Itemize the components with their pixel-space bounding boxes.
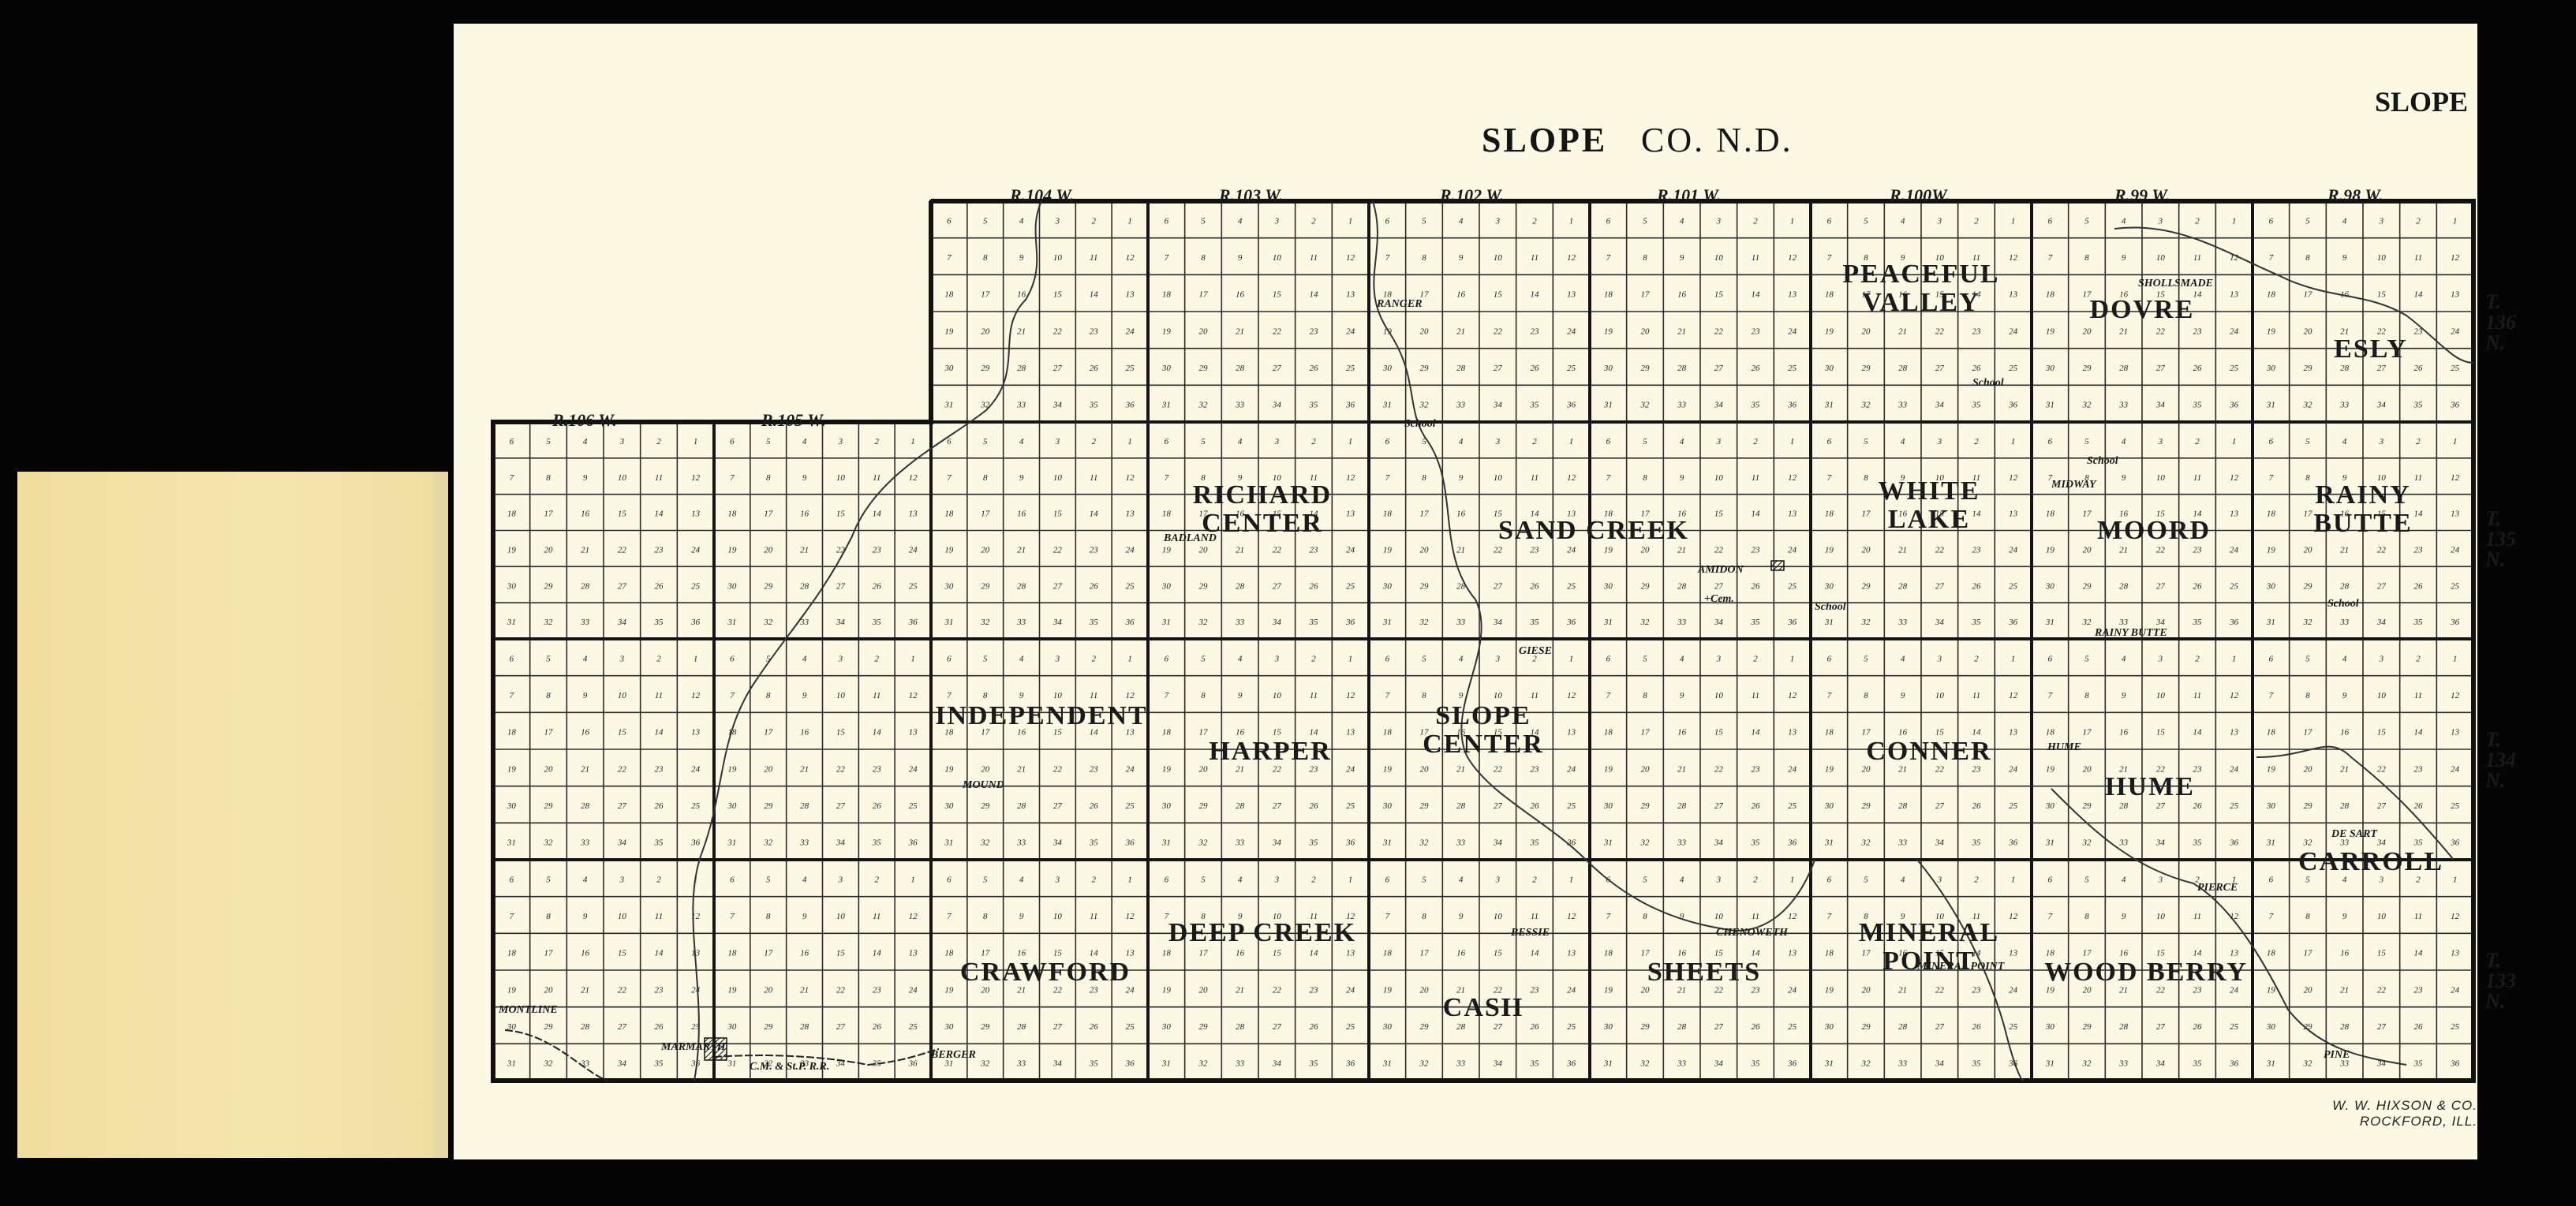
- svg-text:30: 30: [1382, 581, 1393, 591]
- svg-text:25: 25: [2230, 364, 2239, 373]
- svg-text:34: 34: [2376, 838, 2387, 848]
- svg-text:12: 12: [2451, 473, 2460, 483]
- svg-text:12: 12: [2230, 473, 2239, 483]
- svg-text:8: 8: [546, 912, 551, 921]
- svg-text:10: 10: [1053, 912, 1063, 921]
- svg-text:26: 26: [1310, 1022, 1319, 1032]
- svg-text:26: 26: [2193, 1022, 2203, 1032]
- svg-text:14: 14: [873, 728, 882, 737]
- svg-text:32: 32: [2303, 1059, 2313, 1069]
- svg-text:29: 29: [544, 801, 554, 811]
- svg-text:9: 9: [1238, 253, 1243, 263]
- svg-text:26: 26: [1090, 1022, 1099, 1032]
- svg-text:3: 3: [619, 875, 625, 884]
- svg-text:20: 20: [764, 985, 773, 995]
- svg-text:31: 31: [1824, 1059, 1834, 1069]
- svg-text:25: 25: [1346, 581, 1355, 591]
- svg-text:20: 20: [2304, 764, 2313, 774]
- svg-text:9: 9: [583, 473, 588, 483]
- svg-text:5: 5: [1864, 875, 1868, 884]
- svg-text:14: 14: [1972, 728, 1982, 737]
- svg-text:22: 22: [1714, 327, 1724, 336]
- svg-text:2: 2: [1092, 437, 1097, 446]
- svg-text:23: 23: [1310, 545, 1319, 554]
- svg-text:11: 11: [2193, 473, 2201, 483]
- svg-text:26: 26: [873, 801, 882, 811]
- svg-text:3: 3: [1716, 216, 1722, 226]
- svg-text:10: 10: [836, 473, 846, 483]
- svg-text:18: 18: [727, 949, 737, 958]
- svg-text:35: 35: [2193, 401, 2203, 410]
- svg-text:31: 31: [2266, 1059, 2275, 1069]
- svg-text:14: 14: [873, 949, 882, 958]
- svg-text:5: 5: [1201, 654, 1206, 663]
- svg-text:12: 12: [2230, 691, 2239, 700]
- place-name: +Cem.: [1704, 593, 1734, 606]
- svg-text:35: 35: [1972, 401, 1982, 410]
- svg-text:36: 36: [2229, 401, 2239, 410]
- svg-text:33: 33: [2118, 618, 2129, 627]
- svg-text:4: 4: [1680, 216, 1684, 226]
- svg-text:18: 18: [1162, 290, 1172, 300]
- svg-text:24: 24: [1788, 985, 1797, 995]
- svg-text:32: 32: [544, 618, 554, 627]
- svg-text:6: 6: [510, 875, 514, 884]
- svg-text:33: 33: [1456, 1059, 1466, 1069]
- place-name: MARMARTH: [661, 1041, 726, 1054]
- svg-text:5: 5: [2084, 654, 2089, 663]
- svg-text:22: 22: [1935, 985, 1945, 995]
- place-name: MIDWAY: [2051, 479, 2096, 491]
- svg-text:36: 36: [908, 1059, 918, 1069]
- svg-text:6: 6: [947, 654, 952, 663]
- svg-text:12: 12: [1567, 691, 1576, 700]
- svg-text:33: 33: [1897, 401, 1908, 410]
- svg-text:33: 33: [2118, 1059, 2129, 1069]
- place-name: MOUND: [963, 779, 1004, 792]
- svg-text:7: 7: [730, 691, 735, 700]
- svg-text:36: 36: [2450, 401, 2460, 410]
- svg-text:34: 34: [2155, 1059, 2166, 1069]
- svg-text:22: 22: [1053, 545, 1063, 554]
- svg-text:14: 14: [1090, 949, 1099, 958]
- svg-text:17: 17: [1199, 290, 1209, 300]
- svg-text:3: 3: [1937, 216, 1942, 226]
- svg-text:20: 20: [1199, 545, 1209, 554]
- svg-text:19: 19: [1604, 764, 1613, 774]
- svg-text:29: 29: [1420, 801, 1430, 811]
- svg-text:19: 19: [1825, 545, 1834, 554]
- svg-text:13: 13: [1567, 949, 1576, 958]
- svg-text:17: 17: [1420, 949, 1430, 958]
- svg-text:22: 22: [1053, 985, 1063, 995]
- svg-text:34: 34: [2155, 618, 2166, 627]
- svg-text:4: 4: [1238, 437, 1243, 446]
- svg-text:23: 23: [1531, 764, 1540, 774]
- svg-text:11: 11: [2193, 691, 2201, 700]
- svg-text:21: 21: [1456, 327, 1465, 336]
- svg-text:11: 11: [873, 473, 880, 483]
- svg-text:4: 4: [1019, 216, 1024, 226]
- svg-text:32: 32: [1419, 1059, 1430, 1069]
- svg-text:6: 6: [947, 216, 952, 226]
- svg-text:7: 7: [1385, 473, 1390, 483]
- svg-text:16: 16: [1236, 949, 1245, 958]
- svg-text:21: 21: [1017, 545, 1026, 554]
- svg-text:13: 13: [1567, 728, 1576, 737]
- svg-text:33: 33: [1235, 618, 1245, 627]
- svg-text:8: 8: [1201, 253, 1206, 263]
- svg-text:16: 16: [2119, 949, 2129, 958]
- svg-text:34: 34: [1272, 401, 1282, 410]
- svg-text:10: 10: [618, 691, 627, 700]
- svg-text:21: 21: [1677, 545, 1686, 554]
- svg-text:19: 19: [944, 327, 954, 336]
- svg-text:1: 1: [2011, 216, 2016, 226]
- svg-text:18: 18: [1825, 728, 1834, 737]
- svg-text:22: 22: [2377, 764, 2387, 774]
- svg-text:24: 24: [1567, 545, 1576, 554]
- svg-text:29: 29: [981, 1022, 990, 1032]
- svg-text:13: 13: [1346, 949, 1355, 958]
- svg-text:31: 31: [1603, 401, 1613, 410]
- range-label: R.103 W.: [1219, 185, 1284, 206]
- svg-text:2: 2: [2195, 216, 2200, 226]
- svg-text:7: 7: [1385, 253, 1390, 263]
- svg-text:34: 34: [1714, 618, 1724, 627]
- svg-text:12: 12: [2009, 253, 2018, 263]
- svg-text:12: 12: [909, 473, 918, 483]
- svg-text:7: 7: [2048, 253, 2053, 263]
- svg-text:2: 2: [2416, 654, 2421, 663]
- svg-text:3: 3: [1495, 654, 1501, 663]
- svg-text:5: 5: [1201, 875, 1206, 884]
- svg-text:11: 11: [1090, 253, 1097, 263]
- svg-text:35: 35: [2413, 401, 2424, 410]
- svg-text:34: 34: [1714, 1059, 1724, 1069]
- svg-text:23: 23: [1972, 545, 1982, 554]
- svg-text:5: 5: [1643, 437, 1647, 446]
- svg-text:22: 22: [1935, 327, 1945, 336]
- svg-text:30: 30: [2266, 801, 2276, 811]
- svg-text:1: 1: [2453, 654, 2458, 663]
- svg-text:10: 10: [618, 912, 627, 921]
- svg-text:31: 31: [1161, 838, 1171, 848]
- svg-text:28: 28: [1456, 1022, 1466, 1032]
- svg-text:23: 23: [2414, 764, 2424, 774]
- svg-text:4: 4: [1901, 654, 1905, 663]
- svg-text:36: 36: [690, 618, 701, 627]
- svg-text:29: 29: [2083, 364, 2092, 373]
- svg-text:2: 2: [1532, 216, 1537, 226]
- civil-township-name: RICHARDCENTER: [1193, 481, 1332, 538]
- svg-text:18: 18: [1604, 290, 1613, 300]
- svg-text:25: 25: [2451, 581, 2460, 591]
- svg-text:24: 24: [691, 545, 701, 554]
- svg-text:26: 26: [1090, 801, 1099, 811]
- svg-text:25: 25: [909, 801, 918, 811]
- svg-text:36: 36: [1787, 1059, 1797, 1069]
- svg-text:10: 10: [1494, 691, 1503, 700]
- svg-text:9: 9: [1019, 473, 1024, 483]
- svg-text:30: 30: [2045, 581, 2055, 591]
- svg-text:19: 19: [944, 545, 954, 554]
- svg-text:21: 21: [2340, 764, 2349, 774]
- svg-text:8: 8: [983, 691, 988, 700]
- svg-text:4: 4: [1901, 875, 1905, 884]
- svg-text:11: 11: [873, 691, 880, 700]
- svg-text:15: 15: [618, 728, 627, 737]
- svg-text:24: 24: [1346, 985, 1355, 995]
- svg-text:23: 23: [2414, 985, 2424, 995]
- svg-text:10: 10: [618, 473, 627, 483]
- svg-text:21: 21: [1677, 764, 1686, 774]
- svg-text:1: 1: [1127, 875, 1132, 884]
- svg-text:8: 8: [983, 912, 988, 921]
- svg-text:13: 13: [2009, 510, 2018, 519]
- svg-text:24: 24: [1788, 545, 1797, 554]
- svg-text:3: 3: [1274, 875, 1280, 884]
- svg-text:14: 14: [1752, 510, 1761, 519]
- svg-text:24: 24: [909, 985, 918, 995]
- civil-township-name: DEEP CREEK: [1168, 919, 1356, 947]
- svg-text:31: 31: [2045, 618, 2054, 627]
- svg-text:20: 20: [981, 327, 990, 336]
- svg-text:21: 21: [1898, 764, 1907, 774]
- svg-text:1: 1: [1127, 216, 1132, 226]
- svg-text:28: 28: [1898, 801, 1908, 811]
- svg-text:6: 6: [1165, 437, 1169, 446]
- svg-text:10: 10: [1714, 912, 1724, 921]
- svg-text:36: 36: [908, 618, 918, 627]
- svg-text:2: 2: [2416, 437, 2421, 446]
- svg-text:27: 27: [2377, 801, 2387, 811]
- svg-text:28: 28: [2340, 364, 2350, 373]
- svg-text:34: 34: [2155, 401, 2166, 410]
- svg-text:28: 28: [581, 1022, 590, 1032]
- svg-text:25: 25: [2451, 364, 2460, 373]
- svg-text:11: 11: [2193, 912, 2201, 921]
- svg-text:7: 7: [947, 473, 952, 483]
- svg-text:27: 27: [1935, 1022, 1945, 1032]
- svg-text:23: 23: [655, 545, 664, 554]
- svg-text:4: 4: [2122, 437, 2126, 446]
- range-label: R.105 W.: [761, 410, 826, 431]
- svg-text:33: 33: [1677, 1059, 1687, 1069]
- svg-text:18: 18: [507, 728, 517, 737]
- svg-text:25: 25: [909, 1022, 918, 1032]
- svg-text:19: 19: [1604, 545, 1613, 554]
- svg-text:27: 27: [1494, 581, 1503, 591]
- svg-text:1: 1: [2011, 875, 2016, 884]
- svg-text:36: 36: [2229, 838, 2239, 848]
- svg-text:6: 6: [2269, 216, 2274, 226]
- svg-text:16: 16: [1456, 949, 1466, 958]
- svg-text:28: 28: [1456, 801, 1466, 811]
- svg-text:23: 23: [1531, 545, 1540, 554]
- svg-text:4: 4: [1459, 654, 1464, 663]
- svg-text:7: 7: [1165, 253, 1169, 263]
- svg-text:32: 32: [980, 1059, 990, 1069]
- svg-text:30: 30: [727, 801, 737, 811]
- svg-text:36: 36: [2229, 1059, 2239, 1069]
- svg-text:6: 6: [1165, 216, 1169, 226]
- svg-text:22: 22: [1273, 545, 1282, 554]
- svg-text:28: 28: [1898, 364, 1908, 373]
- svg-text:2: 2: [1311, 216, 1316, 226]
- svg-text:30: 30: [2045, 364, 2055, 373]
- svg-text:5: 5: [1643, 875, 1647, 884]
- svg-text:29: 29: [981, 364, 990, 373]
- svg-text:22: 22: [618, 545, 627, 554]
- svg-text:7: 7: [947, 691, 952, 700]
- svg-text:9: 9: [1680, 253, 1684, 263]
- svg-text:25: 25: [1346, 364, 1355, 373]
- svg-text:1: 1: [1569, 875, 1574, 884]
- svg-text:3: 3: [838, 437, 843, 446]
- svg-text:13: 13: [2451, 949, 2460, 958]
- svg-text:31: 31: [1382, 401, 1392, 410]
- svg-text:8: 8: [2084, 253, 2089, 263]
- svg-text:5: 5: [2084, 875, 2089, 884]
- svg-text:5: 5: [546, 875, 551, 884]
- svg-text:36: 36: [908, 838, 918, 848]
- svg-text:32: 32: [1640, 401, 1651, 410]
- svg-text:1: 1: [1127, 437, 1132, 446]
- svg-text:32: 32: [980, 838, 990, 848]
- svg-text:35: 35: [2413, 838, 2424, 848]
- svg-text:11: 11: [873, 912, 880, 921]
- svg-text:31: 31: [727, 838, 736, 848]
- svg-text:29: 29: [544, 1022, 554, 1032]
- svg-text:31: 31: [1382, 838, 1392, 848]
- svg-text:5: 5: [766, 437, 771, 446]
- svg-text:28: 28: [2119, 801, 2129, 811]
- svg-text:34: 34: [1493, 838, 1503, 848]
- svg-text:32: 32: [1861, 401, 1871, 410]
- svg-text:10: 10: [2377, 912, 2387, 921]
- svg-text:5: 5: [1864, 437, 1868, 446]
- svg-text:36: 36: [1345, 401, 1355, 410]
- svg-text:5: 5: [983, 216, 988, 226]
- svg-text:18: 18: [2267, 290, 2276, 300]
- svg-text:16: 16: [2340, 949, 2350, 958]
- svg-text:26: 26: [873, 1022, 882, 1032]
- svg-text:18: 18: [727, 510, 737, 519]
- svg-text:7: 7: [510, 912, 514, 921]
- svg-text:1: 1: [2453, 216, 2458, 226]
- svg-text:13: 13: [1126, 290, 1135, 300]
- svg-text:31: 31: [1161, 401, 1171, 410]
- svg-text:29: 29: [764, 1022, 773, 1032]
- svg-text:11: 11: [1090, 473, 1097, 483]
- svg-text:34: 34: [617, 618, 627, 627]
- svg-text:25: 25: [1126, 581, 1135, 591]
- svg-text:19: 19: [1604, 327, 1613, 336]
- svg-text:35: 35: [872, 838, 882, 848]
- svg-text:29: 29: [2083, 801, 2092, 811]
- svg-text:20: 20: [544, 764, 554, 774]
- svg-text:26: 26: [1531, 801, 1540, 811]
- svg-text:23: 23: [2414, 545, 2424, 554]
- svg-text:9: 9: [2122, 473, 2126, 483]
- svg-text:18: 18: [1162, 949, 1172, 958]
- svg-text:12: 12: [1788, 473, 1797, 483]
- civil-township-name: WHITELAKE: [1878, 477, 1980, 534]
- svg-text:14: 14: [2414, 290, 2424, 300]
- svg-text:32: 32: [2303, 618, 2313, 627]
- svg-text:29: 29: [764, 581, 773, 591]
- svg-text:12: 12: [691, 691, 701, 700]
- svg-text:30: 30: [944, 364, 954, 373]
- svg-text:18: 18: [1162, 728, 1172, 737]
- svg-text:25: 25: [2009, 581, 2018, 591]
- svg-text:8: 8: [2084, 912, 2089, 921]
- place-name: RAINY BUTTE: [2095, 627, 2167, 640]
- svg-text:29: 29: [1641, 1022, 1651, 1032]
- svg-text:27: 27: [1935, 364, 1945, 373]
- svg-text:9: 9: [1459, 473, 1464, 483]
- svg-text:33: 33: [2339, 618, 2350, 627]
- svg-text:23: 23: [655, 985, 664, 995]
- svg-text:12: 12: [2451, 691, 2460, 700]
- svg-text:14: 14: [1310, 949, 1319, 958]
- svg-text:23: 23: [873, 985, 882, 995]
- svg-text:12: 12: [909, 691, 918, 700]
- svg-text:8: 8: [2305, 253, 2310, 263]
- svg-text:9: 9: [583, 912, 588, 921]
- svg-text:7: 7: [1827, 473, 1832, 483]
- svg-text:2: 2: [1753, 654, 1758, 663]
- svg-text:28: 28: [2119, 581, 2129, 591]
- svg-text:35: 35: [1309, 838, 1319, 848]
- svg-text:20: 20: [1199, 327, 1209, 336]
- svg-text:11: 11: [1531, 912, 1538, 921]
- svg-text:21: 21: [2119, 985, 2128, 995]
- svg-text:31: 31: [1824, 618, 1834, 627]
- svg-text:11: 11: [1752, 691, 1759, 700]
- svg-text:34: 34: [1493, 1059, 1503, 1069]
- svg-text:30: 30: [1824, 1022, 1834, 1032]
- svg-text:20: 20: [981, 985, 990, 995]
- svg-text:10: 10: [2156, 691, 2166, 700]
- svg-text:5: 5: [983, 875, 988, 884]
- svg-text:12: 12: [1346, 473, 1355, 483]
- svg-text:4: 4: [1459, 875, 1464, 884]
- svg-text:25: 25: [2230, 801, 2239, 811]
- svg-text:16: 16: [800, 728, 809, 737]
- svg-text:3: 3: [2379, 437, 2384, 446]
- svg-text:23: 23: [1090, 545, 1099, 554]
- svg-text:8: 8: [1643, 253, 1647, 263]
- svg-text:18: 18: [507, 510, 517, 519]
- svg-text:21: 21: [800, 764, 809, 774]
- svg-text:30: 30: [1382, 801, 1393, 811]
- svg-text:26: 26: [1531, 364, 1540, 373]
- svg-text:8: 8: [2305, 912, 2310, 921]
- svg-text:8: 8: [1643, 473, 1647, 483]
- svg-text:2: 2: [1092, 875, 1097, 884]
- svg-text:25: 25: [1567, 801, 1576, 811]
- svg-text:12: 12: [1788, 691, 1797, 700]
- svg-text:9: 9: [1901, 691, 1905, 700]
- svg-text:26: 26: [1310, 364, 1319, 373]
- svg-text:35: 35: [1751, 618, 1761, 627]
- svg-text:17: 17: [981, 949, 990, 958]
- svg-text:31: 31: [944, 838, 953, 848]
- svg-text:28: 28: [800, 581, 809, 591]
- svg-text:17: 17: [1641, 949, 1651, 958]
